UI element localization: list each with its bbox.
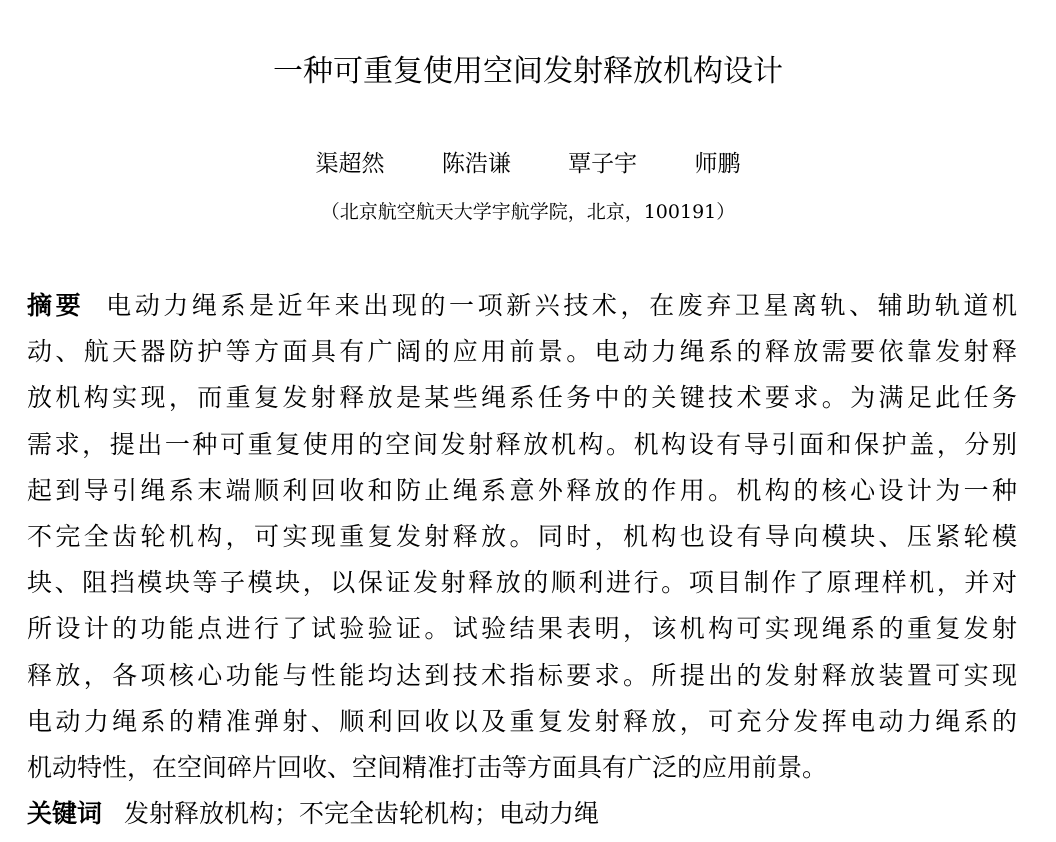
abstract-line: 摘要电动力绳系是近年来出现的一项新兴技术，在废弃卫星离轨、辅助轨道机	[27, 283, 1017, 329]
abstract-line: 需求，提出一种可重复使用的空间发射释放机构。机构设有导引面和保护盖，分别	[27, 422, 1017, 468]
abstract-line: 释放，各项核心功能与性能均达到技术指标要求。所提出的发射释放装置可实现	[27, 653, 1017, 699]
author-name: 师鹏	[694, 148, 740, 180]
abstract-line: 动、航天器防护等方面具有广阔的应用前景。电动力绳系的释放需要依靠发射释	[27, 329, 1017, 375]
abstract-line: 电动力绳系的精准弹射、顺利回收以及重复发射释放，可充分发挥电动力绳系的	[27, 699, 1017, 745]
abstract-line: 块、阻挡模块等子模块，以保证发射释放的顺利进行。项目制作了原理样机，并对	[27, 560, 1017, 606]
author-name: 陈浩谦	[442, 148, 511, 180]
paper-title: 一种可重复使用空间发射释放机构设计	[0, 52, 1056, 92]
keywords-label: 关键词	[27, 799, 102, 828]
abstract-line: 不完全齿轮机构，可实现重复发射释放。同时，机构也设有导向模块、压紧轮模	[27, 514, 1017, 560]
author-name: 渠超然	[316, 148, 385, 180]
author-name: 覃子宇	[568, 148, 637, 180]
keywords-section: 关键词发射释放机构；不完全齿轮机构；电动力绳	[27, 791, 599, 837]
author-list: 渠超然 陈浩谦 覃子宇 师鹏	[0, 148, 1056, 180]
abstract-line: 机动特性，在空间碎片回收、空间精准打击等方面具有广泛的应用前景。	[27, 745, 1017, 791]
keywords-text: 发射释放机构；不完全齿轮机构；电动力绳	[124, 799, 599, 828]
abstract-line: 放机构实现，而重复发射释放是某些绳系任务中的关键技术要求。为满足此任务	[27, 375, 1017, 421]
abstract-label: 摘要	[27, 291, 84, 320]
abstract-section: 摘要电动力绳系是近年来出现的一项新兴技术，在废弃卫星离轨、辅助轨道机 动、航天器…	[27, 283, 1017, 791]
affiliation: （北京航空航天大学宇航学院，北京，100191）	[0, 198, 1056, 226]
abstract-line: 起到导引绳系末端顺利回收和防止绳系意外释放的作用。机构的核心设计为一种	[27, 468, 1017, 514]
abstract-line: 所设计的功能点进行了试验验证。试验结果表明，该机构可实现绳系的重复发射	[27, 606, 1017, 652]
